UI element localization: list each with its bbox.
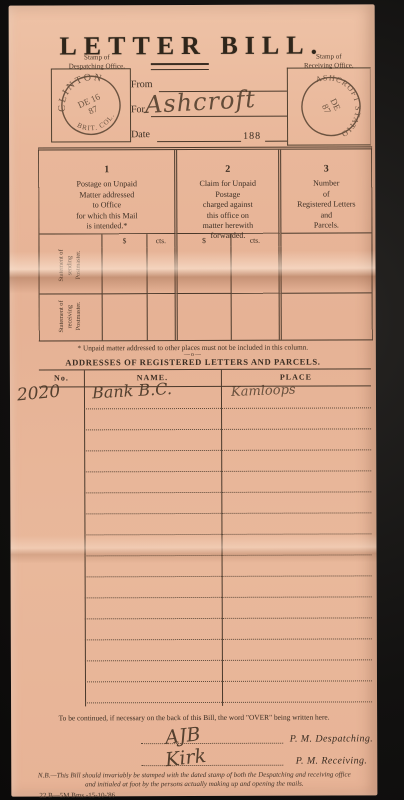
registered-empty-row[interactable] xyxy=(39,534,371,556)
sending-col3-cell[interactable] xyxy=(281,246,371,293)
registered-letters-table: No. NAME. PLACE 2020 Bank B.C. Kamloops xyxy=(39,368,372,703)
registered-empty-row[interactable] xyxy=(40,597,372,619)
empty-place-cell[interactable] xyxy=(221,429,371,451)
entry-name-handwritten: Bank B.C. xyxy=(91,379,172,402)
receiving-label: P. M. Receiving. xyxy=(296,755,368,766)
registered-empty-rows xyxy=(39,408,372,703)
empty-no-cell[interactable] xyxy=(40,640,85,661)
date-field[interactable]: Date 188 xyxy=(131,129,287,141)
place-column-header: PLACE xyxy=(221,369,371,386)
ashcroft-postmark-icon: ASHCROFT STATION DE 87 xyxy=(277,52,385,161)
empty-place-cell[interactable] xyxy=(222,555,372,577)
entry-place-cell[interactable]: Kamloops xyxy=(221,386,371,409)
empty-name-cell[interactable] xyxy=(84,430,221,451)
empty-no-cell[interactable] xyxy=(40,598,85,619)
receiving-col1-dollars-cell[interactable] xyxy=(103,294,148,340)
receiving-stamp-box: ASHCROFT STATION DE 87 xyxy=(287,67,371,145)
empty-no-cell[interactable] xyxy=(39,514,84,535)
empty-name-cell[interactable] xyxy=(85,556,222,577)
registered-entry-row[interactable]: 2020 Bank B.C. Kamloops xyxy=(39,386,371,409)
column3-heading: Number of Registered Letters and Parcels… xyxy=(297,179,355,230)
svg-text:ASHCROFT STATION: ASHCROFT STATION xyxy=(308,52,385,140)
registered-table-heading: ADDRESSES OF REGISTERED LETTERS AND PARC… xyxy=(10,356,376,367)
empty-name-cell[interactable] xyxy=(84,451,221,472)
empty-place-cell[interactable] xyxy=(221,408,371,430)
empty-name-cell[interactable] xyxy=(84,535,221,556)
empty-place-cell[interactable] xyxy=(221,513,371,535)
receiving-signature-line[interactable] xyxy=(141,765,283,766)
column3-header: 3Number of Registered Letters and Parcel… xyxy=(281,149,371,233)
year-prefix: 188 xyxy=(243,131,261,142)
empty-place-cell[interactable] xyxy=(222,660,372,682)
despatching-label: P. M. Despatching. xyxy=(290,733,373,744)
registered-empty-row[interactable] xyxy=(39,471,371,493)
sending-col2-cents-cell[interactable] xyxy=(231,247,281,294)
empty-place-cell[interactable] xyxy=(222,681,372,703)
empty-name-cell[interactable] xyxy=(85,577,222,598)
letter-bill-form: LETTER BILL. Stamp of Despatching Office… xyxy=(9,4,378,796)
registered-empty-row[interactable] xyxy=(39,513,371,535)
for-handwritten-value: Ashcroft xyxy=(144,85,256,119)
registered-empty-row[interactable] xyxy=(40,618,372,640)
empty-no-cell[interactable] xyxy=(39,472,84,493)
column3-number: 3 xyxy=(281,163,371,176)
nb-instruction-note: N.B.—This Bill should invariably be stam… xyxy=(37,770,351,789)
svg-text:87: 87 xyxy=(87,103,100,116)
empty-place-cell[interactable] xyxy=(222,576,372,598)
receiving-signature-handwritten: Kirk xyxy=(164,745,207,771)
empty-place-cell[interactable] xyxy=(222,618,372,640)
receiving-col2-dollars-cell[interactable] xyxy=(178,294,232,340)
empty-name-cell[interactable] xyxy=(85,661,222,682)
header-fields: From For Ashcroft Date 188 xyxy=(131,71,287,72)
registered-empty-row[interactable] xyxy=(39,429,371,451)
empty-no-cell[interactable] xyxy=(39,535,84,556)
receiving-postmaster-label: Statement of receiving Postmaster. xyxy=(40,290,102,342)
registered-empty-row[interactable] xyxy=(40,639,372,661)
registered-table-header-row: No. NAME. PLACE xyxy=(39,369,371,387)
for-field[interactable]: For Ashcroft xyxy=(131,104,287,116)
empty-place-cell[interactable] xyxy=(221,450,371,472)
col1-dollars-header: $ xyxy=(102,234,147,247)
title-underline xyxy=(151,63,209,70)
despatching-signature-row: AJB P. M. Despatching. xyxy=(141,724,373,747)
sending-col1-dollars-cell[interactable] xyxy=(102,247,147,294)
sending-row-label-cell: Statement of sending Postmaster. xyxy=(39,247,102,294)
registered-empty-row[interactable] xyxy=(40,660,372,682)
registered-empty-row[interactable] xyxy=(40,576,372,598)
empty-no-cell[interactable] xyxy=(40,682,85,703)
empty-name-cell[interactable] xyxy=(84,472,221,493)
empty-no-cell[interactable] xyxy=(40,556,85,577)
empty-place-cell[interactable] xyxy=(222,597,372,619)
entry-no-handwritten: 2020 xyxy=(16,382,61,406)
postage-statement-table: 1Postage on Unpaid Matter addressed to O… xyxy=(38,146,373,341)
column2-number: 2 xyxy=(177,163,278,176)
year-input-line[interactable] xyxy=(265,141,287,142)
col2-cents-header: cts. xyxy=(231,234,281,247)
empty-name-cell[interactable] xyxy=(84,409,221,430)
entry-name-cell[interactable]: Bank B.C. xyxy=(84,387,221,409)
empty-place-cell[interactable] xyxy=(221,534,371,556)
receiving-signature-row: Kirk P. M. Receiving. xyxy=(141,746,367,769)
empty-place-cell[interactable] xyxy=(221,471,371,493)
col1-cents-header: cts. xyxy=(147,234,177,247)
empty-no-cell[interactable] xyxy=(40,577,85,598)
empty-no-cell[interactable] xyxy=(40,661,85,682)
column1-number: 1 xyxy=(39,163,174,176)
empty-no-cell[interactable] xyxy=(39,409,84,430)
sending-col1-cents-cell[interactable] xyxy=(147,247,177,294)
printers-code: 22 B—5M Bms.-15-10-'86 xyxy=(39,791,115,799)
empty-place-cell[interactable] xyxy=(222,639,372,661)
receiving-row-label-cell: Statement of receiving Postmaster. xyxy=(40,294,103,340)
column1-heading: Postage on Unpaid Matter addressed to Of… xyxy=(76,180,138,231)
photo-background: LETTER BILL. Stamp of Despatching Office… xyxy=(0,0,404,800)
empty-place-cell[interactable] xyxy=(221,492,371,514)
empty-name-cell[interactable] xyxy=(84,493,221,514)
date-label: Date xyxy=(131,129,150,140)
empty-no-cell[interactable] xyxy=(39,451,84,472)
col3-spacer xyxy=(281,233,371,246)
date-input-line[interactable] xyxy=(157,141,241,142)
column2-heading: Claim for Unpaid Postage charged against… xyxy=(200,179,256,240)
registered-empty-row[interactable] xyxy=(40,681,372,703)
despatching-signature-line[interactable] xyxy=(141,743,283,744)
empty-name-cell[interactable] xyxy=(85,598,222,619)
receiving-col1-cents-cell[interactable] xyxy=(148,294,178,340)
entry-no-cell[interactable]: 2020 xyxy=(39,387,84,409)
empty-name-cell[interactable] xyxy=(85,640,222,661)
receiving-col2-cents-cell[interactable] xyxy=(232,294,282,340)
receiving-col3-cell[interactable] xyxy=(282,293,372,339)
despatching-stamp-box: CLINTON BRIT. COL. DE 16 87 xyxy=(51,68,131,142)
empty-no-cell[interactable] xyxy=(39,430,84,451)
empty-no-cell[interactable] xyxy=(40,619,85,640)
column1-header: 1Postage on Unpaid Matter addressed to O… xyxy=(39,150,177,234)
entry-place-handwritten: Kamloops xyxy=(231,383,296,400)
empty-name-cell[interactable] xyxy=(84,514,221,535)
sending-postmaster-label: Statement of sending Postmaster. xyxy=(39,237,101,293)
registered-empty-row[interactable] xyxy=(39,408,371,430)
empty-no-cell[interactable] xyxy=(39,493,84,514)
for-label: For xyxy=(131,104,145,115)
empty-name-cell[interactable] xyxy=(85,682,222,703)
column2-header: 2Claim for Unpaid Postage charged agains… xyxy=(177,150,281,234)
sending-col2-dollars-cell[interactable] xyxy=(177,247,231,294)
registered-empty-row[interactable] xyxy=(39,492,371,514)
registered-empty-row[interactable] xyxy=(40,555,372,577)
registered-empty-row[interactable] xyxy=(39,450,371,472)
col2-dollars-header: $ xyxy=(177,234,231,247)
empty-name-cell[interactable] xyxy=(85,619,222,640)
continuation-note: To be continued, if necessary on the bac… xyxy=(11,712,377,722)
from-label: From xyxy=(131,79,153,90)
